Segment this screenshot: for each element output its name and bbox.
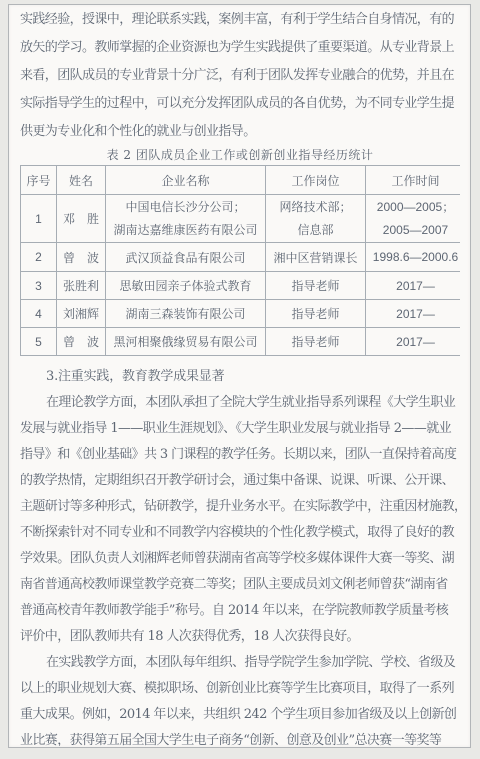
table-row: 5 曾 波 黑河相聚俄缘贸易有限公司 指导老师 2017— — [21, 328, 461, 356]
table-row: 3 张胜利 思敏田园亲子体验式教育 指导老师 2017— — [21, 272, 461, 300]
header-cell-period: 工作时间 — [366, 166, 461, 195]
cell-name: 邓 胜 — [57, 195, 106, 243]
cell-company: 思敏田园亲子体验式教育 — [106, 272, 266, 300]
cell-name: 曾 波 — [57, 328, 106, 356]
cell-position-line: 信息部 — [266, 219, 365, 242]
paragraph-line: 南省普通高校教师课堂教学竞赛二等奖；团队主要成员刘文俐老师曾获“湖南省 — [20, 572, 460, 598]
table-header-row: 序号 姓名 企业名称 工作岗位 工作时间 — [21, 166, 461, 195]
table-caption: 表 2 团队成员企业工作或创新创业指导经历统计 — [20, 147, 460, 163]
paragraph-line: 的教学热情，定期组织召开教学研讨会，通过集中备课、说课、听课、公开课、 — [20, 468, 460, 494]
paragraph-line: 在实践教学方面，本团队每年组织、指导学院学生参加学院、学校、省级及 — [20, 650, 460, 676]
paragraph-line: 指导》和《创业基础》共 3 门课程的教学任务。长期以来，团队一直保持着高度 — [20, 442, 460, 468]
cell-period: 2017— — [366, 272, 461, 300]
paragraph-line: 实践经验，授课中，理论联系实践，案例丰富，有利于学生结合自身情况，有的 — [20, 6, 460, 34]
header-cell-position: 工作岗位 — [266, 166, 366, 195]
cell-position: 指导老师 — [266, 300, 366, 328]
paragraph-line: 供更为专业化和个性化的就业与创业指导。 — [20, 118, 460, 146]
cell-company: 黑河相聚俄缘贸易有限公司 — [106, 328, 266, 356]
paragraph-line: 以上的职业规划大赛、模拟职场、创新创业比赛等学生比赛项目，取得了一系列 — [20, 676, 460, 702]
scanned-page: 实践经验，授课中，理论联系实践，案例丰富，有利于学生结合自身情况，有的 放矢的学… — [0, 0, 480, 759]
paragraph-line: 业比赛，获得第五届全国大学生电子商务“创新、创意及创业”总决赛一等奖等 — [20, 728, 460, 746]
cell-period: 1998.6—2000.6 — [366, 243, 461, 272]
cell-position: 网络技术部； 信息部 — [266, 195, 366, 243]
section-heading: 3.注重实践，教育教学成果显著 — [20, 364, 460, 390]
paragraph-line: 主题研讨等多种形式，钻研教学，提升业务水平。在实际教学中，注重因材施教， — [20, 494, 460, 520]
cell-index: 4 — [21, 300, 57, 328]
cell-company: 中国电信长沙分公司； 湖南达嘉维康医药有限公司 — [106, 195, 266, 243]
page-frame-border: 实践经验，授课中，理论联系实践，案例丰富，有利于学生结合自身情况，有的 放矢的学… — [8, 4, 471, 748]
cell-period: 2000—2005； 2005—2007 — [366, 195, 461, 243]
paragraph-line: 不断探索针对不同专业和不同教学内容模块的个性化教学模式，取得了良好的教 — [20, 520, 460, 546]
cell-position: 指导老师 — [266, 272, 366, 300]
cell-index: 3 — [21, 272, 57, 300]
cell-position: 湘中区营销课长 — [266, 243, 366, 272]
cell-company: 武汉顶益食品有限公司 — [106, 243, 266, 272]
cell-period-line: 2000—2005； — [366, 196, 460, 219]
paragraph-line: 重大成果。例如，2014 年以来，共组织 242 个学生项目参加省级及以上创新创 — [20, 702, 460, 728]
cell-position: 指导老师 — [266, 328, 366, 356]
cell-position-line: 网络技术部； — [266, 196, 365, 219]
cell-company-line: 中国电信长沙分公司； — [106, 196, 265, 219]
table-row: 2 曾 波 武汉顶益食品有限公司 湘中区营销课长 1998.6—2000.6 — [21, 243, 461, 272]
cell-company-line: 湖南达嘉维康医药有限公司 — [106, 219, 265, 242]
cell-index: 2 — [21, 243, 57, 272]
cell-index: 5 — [21, 328, 57, 356]
paragraph-line: 学效果。团队负责人刘湘辉老师曾获湖南省高等学校多媒体课件大赛一等奖、湖 — [20, 546, 460, 572]
cell-company: 湖南三森装饰有限公司 — [106, 300, 266, 328]
table-row: 1 邓 胜 中国电信长沙分公司； 湖南达嘉维康医药有限公司 网络技术部； 信息部… — [21, 195, 461, 243]
paragraph-line: 放矢的学习。教师掌握的企业资源也为学生实践提供了重要渠道。从专业背景上 — [20, 34, 460, 62]
cell-period-line: 2005—2007 — [366, 219, 460, 242]
cell-name: 曾 波 — [57, 243, 106, 272]
header-cell-name: 姓名 — [57, 166, 106, 195]
cell-period: 2017— — [366, 300, 461, 328]
paragraph-line: 在理论教学方面，本团队承担了全院大学生就业指导系列课程《大学生职业 — [20, 390, 460, 416]
header-cell-company: 企业名称 — [106, 166, 266, 195]
cell-name: 刘湘辉 — [57, 300, 106, 328]
practice-paragraph: 在实践教学方面，本团队每年组织、指导学院学生参加学院、学校、省级及 以上的职业规… — [20, 650, 460, 746]
table-row: 4 刘湘辉 湖南三森装饰有限公司 指导老师 2017— — [21, 300, 461, 328]
cell-index: 1 — [21, 195, 57, 243]
theory-paragraph: 在理论教学方面，本团队承担了全院大学生就业指导系列课程《大学生职业 发展与就业指… — [20, 390, 460, 650]
experience-table: 序号 姓名 企业名称 工作岗位 工作时间 1 邓 胜 中国电信长沙分公司； 湖南… — [20, 165, 460, 356]
header-cell-index: 序号 — [21, 166, 57, 195]
paragraph-line: 发展与就业指导 1——职业生涯规划》、《大学生职业发展与就业指导 2——就业 — [20, 416, 460, 442]
paragraph-line: 来看，团队成员的专业背景十分广泛，有利于团队发挥专业融合的优势，并且在 — [20, 62, 460, 90]
continued-paragraph: 实践经验，授课中，理论联系实践，案例丰富，有利于学生结合自身情况，有的 放矢的学… — [20, 6, 460, 146]
cell-name: 张胜利 — [57, 272, 106, 300]
paragraph-line: 评价中，团队教师共有 18 人次获得优秀，18 人次获得良好。 — [20, 624, 460, 650]
page-content: 实践经验，授课中，理论联系实践，案例丰富，有利于学生结合自身情况，有的 放矢的学… — [20, 6, 460, 746]
cell-period: 2017— — [366, 328, 461, 356]
paragraph-line: 普通高校青年教师教学能手”称号。自 2014 年以来，在学院教师教学质量考核 — [20, 598, 460, 624]
paragraph-line: 实际指导学生的过程中，可以充分发挥团队成员的各自优势，为不同专业学生提 — [20, 90, 460, 118]
